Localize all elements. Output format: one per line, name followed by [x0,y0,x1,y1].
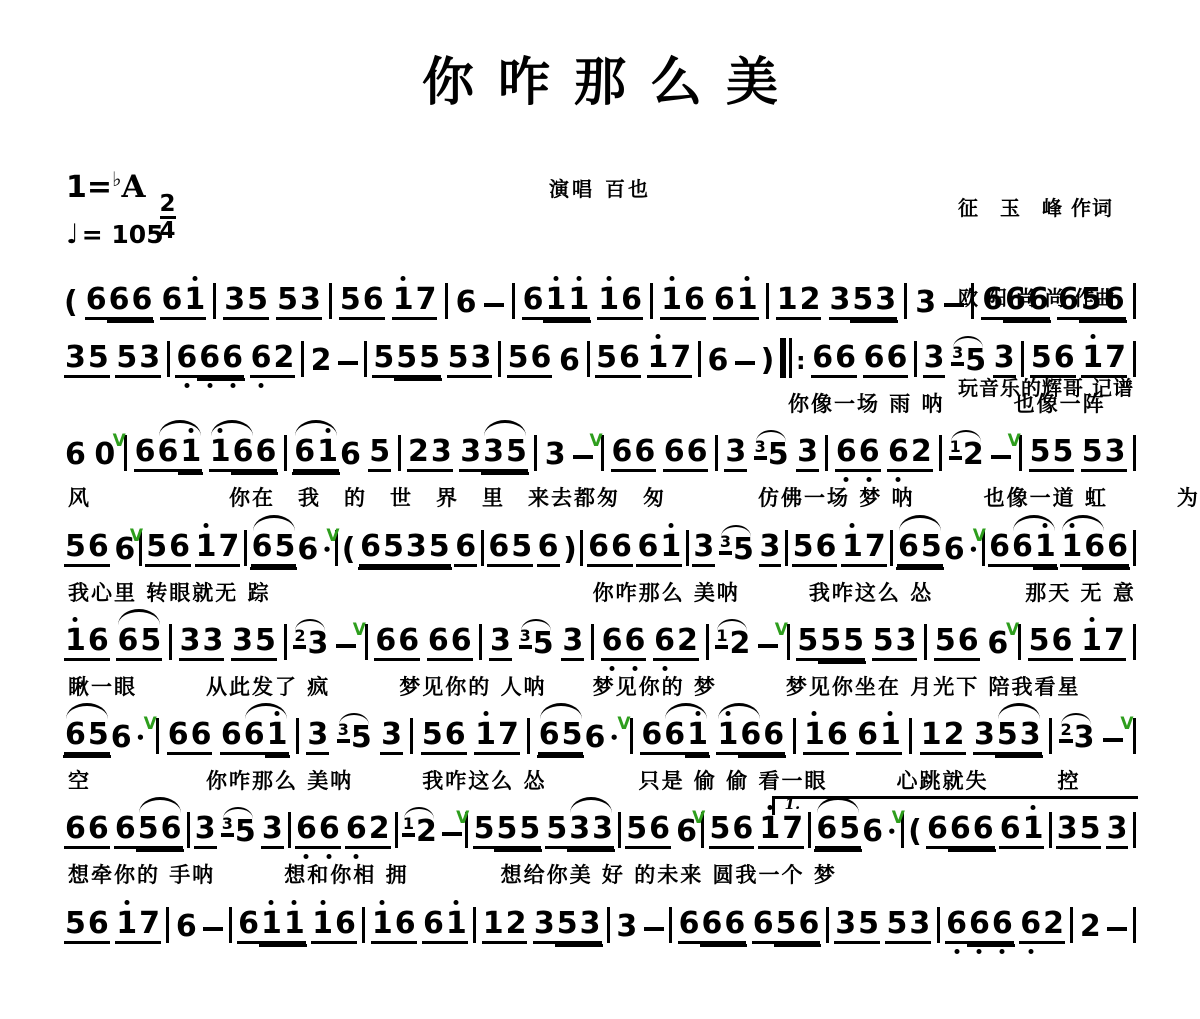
note-group: 656 [1057,285,1126,320]
second-underline [873,320,898,323]
note-group: 661 [988,532,1057,567]
second-underline [394,378,419,381]
music-note: 6 [131,285,154,320]
music-note: 1 [445,909,468,944]
music-note: 5 [556,909,579,944]
note-group: 17 [1081,343,1127,378]
music-note: 6 [254,437,277,472]
note-group: 666 [981,285,1050,320]
second-underline [722,944,747,947]
music-note: 6 [858,437,881,472]
note-group: 35 [834,909,880,944]
music-note: 5 [709,814,732,849]
music-note: 5 [234,817,257,849]
note-group: 555 [473,814,542,849]
music-note: 6 [87,532,110,567]
music-note: 7 [1104,343,1127,378]
music-note: 3 [993,343,1016,378]
breath-mark-icon: V [353,622,366,639]
music-note: 6 [175,912,198,944]
music-note: 6 [731,814,754,849]
second-underline [818,661,843,664]
note-group: 6 [175,912,198,944]
note-group: 12 [949,440,985,472]
music-note: 5 [1028,626,1051,661]
music-note: 1 [371,909,394,944]
music-note: 3 [544,440,567,472]
music-note: 6 [762,720,785,755]
barline [580,530,583,566]
music-note: 6 [422,909,445,944]
note-group: 3 [692,532,715,567]
second-underline [850,320,875,323]
note-group: 65 [487,532,533,567]
note-group: 656• [251,532,333,567]
music-line-2: 35536666225555356656176):666633535617 [64,338,1136,378]
music-note: 3 [64,343,87,378]
note-group: 16 [660,285,706,320]
barline [187,812,190,848]
music-line-8: 561766111616611235336666563553666622 [64,907,1136,944]
music-note: 6 [444,720,467,755]
second-underline [231,472,256,475]
note-group: 3 [759,532,782,567]
second-underline [990,944,1015,947]
note-group: 17 [758,814,804,849]
music-note: 6 [945,909,968,944]
music-note: 2 [407,437,430,472]
music-note: 6 [752,909,775,944]
barline [364,341,367,377]
barline [650,283,653,319]
music-note: 1 [715,628,728,647]
music-note: 6 [359,532,382,567]
music-note: 3 [895,626,918,661]
second-underline [517,849,542,852]
music-note: 6 [1053,343,1076,378]
note-group: 66 [663,437,709,472]
barline [698,341,701,377]
barline [301,341,304,377]
music-note: 5 [625,814,648,849]
music-note: 1 [949,439,962,458]
music-note: 1 [402,816,415,835]
music-note: 3 [179,626,202,661]
note-group: 35 [951,346,987,378]
music-note: 6 [160,285,183,320]
parenthesis: ) [563,535,577,567]
music-line-5: 1665333523V66663353666212V55553566V5617 [64,624,1136,661]
note-group: 66 [611,437,657,472]
barline [793,718,796,754]
music-note: 3 [874,285,897,320]
music-note: 6 [815,814,838,849]
barline [395,812,398,848]
second-underline [494,849,519,852]
music-note: 6 [134,437,157,472]
music-note: 6 [175,343,198,378]
music-note: 3 [568,814,591,849]
note-group: 17 [1080,626,1126,661]
note-group: 16 [371,909,417,944]
note-group: 62 [653,626,699,661]
second-underline [543,320,568,323]
music-note: 5 [872,626,895,661]
duration-dash [1103,738,1123,742]
music-note: 3 [951,345,964,364]
note-group: 656 [114,814,183,849]
music-note: 5 [964,346,987,378]
note-group: 666 [926,814,995,849]
music-note: 6 [943,535,966,567]
music-note: 6 [723,909,746,944]
music-note: 1 [283,909,306,944]
music-note: 5 [510,532,533,567]
music-note: 3 [405,532,428,567]
music-note: 3 [306,720,329,755]
music-note: 3 [380,720,403,755]
music-note: 3 [194,814,217,849]
music-note: 6 [318,814,341,849]
music-note: 1 [1022,814,1045,849]
breath-mark-icon: V [692,810,705,827]
music-note: 6 [949,814,972,849]
second-underline [837,849,862,852]
music-note: 5 [246,285,269,320]
note-group: 17 [392,285,438,320]
lyricist-credit: 征 玉 峰 作词 [958,193,1134,223]
note-group: 65 [116,626,162,661]
music-note: 7 [497,720,520,755]
music-note: 1 [544,285,567,320]
music-note: 6 [885,343,908,378]
music-note: 3 [759,532,782,567]
music-note: 6 [1083,532,1106,567]
second-underline [814,849,839,852]
note-group: 56 [64,532,110,567]
music-note: 3 [561,626,584,661]
system-1: (66661355356176611161661123533666656 [64,283,1136,320]
note-group: 3 [724,437,747,472]
note-group: 335 [459,437,528,472]
tempo-value: = 105 [82,220,164,249]
music-note: 6 [537,532,560,567]
barline [587,341,590,377]
music-note: 1 [316,437,339,472]
note-group: 56 [1028,626,1074,661]
music-line-6: 656•V6666133535617656•V66116616611235323… [64,718,1136,755]
music-note: 6 [251,532,274,567]
music-note: 3 [533,909,556,944]
music-note: 1 [179,437,202,472]
music-note: 6 [686,437,709,472]
music-note: 6 [1103,285,1126,320]
music-note: 1 [260,909,283,944]
note-group: 66 [863,343,909,378]
music-note: 6 [701,909,724,944]
music-note: 6 [427,626,450,661]
music-note: 6 [64,814,87,849]
music-note: 6 [972,814,995,849]
music-note: 1 [115,909,138,944]
note-group: 616 [293,437,362,472]
music-note: 6 [374,626,397,661]
note-group: 56 [934,626,980,661]
music-note: 5 [996,720,1019,755]
music-note: 1 [64,626,87,661]
music-note: 6 [110,723,133,755]
music-note: 5 [1080,285,1103,320]
music-note: 1 [758,814,781,849]
music-note: 6 [243,720,266,755]
music-note: 6 [636,532,659,567]
music-note: 5 [368,437,391,472]
second-underline [590,849,615,852]
note-group: 3 [1106,814,1129,849]
breath-mark-icon: V [326,528,339,545]
music-note: 6 [611,437,634,472]
second-underline [995,755,1020,758]
song-title: 你咋那么美 [64,50,1136,115]
music-note: 3 [138,343,161,378]
music-note: 6 [633,437,656,472]
music-note: 1 [841,532,864,567]
music-note: 5 [115,343,138,378]
note-group: 12 [715,629,751,661]
note-group: 656• [815,814,897,849]
music-note: 5 [372,343,395,378]
music-note: 2 [728,629,751,661]
music-note: 6 [250,343,273,378]
music-note: 5 [792,532,815,567]
second-underline [1082,567,1107,570]
music-note: 5 [339,285,362,320]
second-underline [761,755,786,758]
music-note: 6 [653,626,676,661]
music-note: 2 [368,814,391,849]
music-note: 7 [1103,626,1126,661]
barline [971,283,974,319]
note-group: 3 [923,343,946,378]
system-5: 1665333523V66663353666212V55553566V5617瞅… [64,624,1136,700]
second-underline [919,567,944,570]
music-note: 1 [920,720,943,755]
music-note: 1 [1060,532,1083,567]
music-note: 3 [470,343,493,378]
second-underline [1102,320,1127,323]
music-note: 2 [910,437,933,472]
music-note: 1 [716,720,739,755]
note-group: 61 [999,814,1045,849]
music-note: 3 [1019,720,1042,755]
breath-mark-icon: V [973,528,986,545]
music-note: 1 [776,285,799,320]
barline [410,718,413,754]
music-note: 2 [1042,909,1065,944]
music-note: 6 [826,720,849,755]
music-note: 6 [981,285,1004,320]
music-line-1: (66661355356176611161661123533666656 [64,283,1136,320]
music-note: 6 [887,437,910,472]
music-note: 6 [522,285,545,320]
note-group: 66 [835,437,881,472]
music-note: 5 [139,626,162,661]
second-underline [427,567,452,570]
breath-mark-icon: V [1006,622,1019,639]
barline [1070,907,1073,943]
music-note: 6 [87,626,110,661]
music-note: 6 [834,343,857,378]
music-note: 3 [519,628,532,647]
breath-mark-icon: V [456,810,469,827]
music-note: 5 [395,343,418,378]
second-underline [481,472,506,475]
music-note: 6 [707,346,730,378]
music-note: 6 [232,437,255,472]
barline [167,341,170,377]
music-note: 6 [663,437,686,472]
note-group: 56 [507,343,553,378]
duration-dash [991,455,1011,459]
repeat-dots: : [796,349,806,373]
barline [1021,341,1024,377]
music-note: 6 [1004,285,1027,320]
note-group: 661 [640,720,709,755]
music-note: 3 [914,288,937,320]
second-underline [774,944,799,947]
note-group: 3 [194,814,217,849]
note-group: 66 [587,532,633,567]
second-underline [107,320,132,323]
second-underline [1079,320,1104,323]
barline [284,435,287,471]
note-group: 656• [64,720,146,755]
music-note: 3 [692,532,715,567]
music-note: 6 [339,440,362,472]
music-note: 2 [799,285,822,320]
breath-mark-icon: V [113,433,126,450]
music-note: 7 [138,909,161,944]
note-group: 56 [145,532,191,567]
music-note: 2 [293,628,306,647]
music-note: 6 [116,626,139,661]
second-underline [1018,755,1043,758]
header-info: 1=♭A24 演唱 百也 征 玉 峰 作词 欧 阳 尚 尚 作曲 玩音乐的辉哥 … [64,115,1136,265]
music-note: 5 [1030,343,1053,378]
music-note: 3 [459,437,482,472]
second-underline [86,755,111,758]
music-note: 5 [421,720,444,755]
barline [686,530,689,566]
music-note: 1 [474,720,497,755]
note-group: 56 [421,720,467,755]
second-underline [63,755,88,758]
music-note: 5 [1029,437,1052,472]
music-note: 2 [962,440,985,472]
music-note: 3 [223,285,246,320]
second-underline [685,755,710,758]
music-note: 5 [137,814,160,849]
breath-mark-icon: V [130,528,143,545]
music-note: 6 [663,720,686,755]
music-note: 6 [988,532,1011,567]
music-note: 6 [454,532,477,567]
music-note: 3 [615,912,638,944]
barline [914,341,917,377]
note-group: 66 [64,814,110,849]
music-note: 1 [686,720,709,755]
music-note: 3 [1106,814,1129,849]
music-note: 5 [1051,437,1074,472]
music-note: 3 [261,814,284,849]
music-note: 6 [583,723,606,755]
note-group: 35 [64,343,110,378]
music-note: 7 [415,285,438,320]
music-note: 6 [345,814,368,849]
music-note: 3 [724,437,747,472]
music-note: 5 [382,532,405,567]
duration-dash [1107,927,1127,931]
music-note: 6 [220,720,243,755]
note-group: 53 [872,626,918,661]
music-line-4: 566V5617656•V(65356656)666133535617656•V… [64,530,1136,567]
music-note: 1 [647,343,670,378]
note-group: 661 [134,437,203,472]
lyrics-line-3: 风 你在 我 的 世 界 里 来去都匆 匆 仿佛一场 梦 呐 也像一道 虹 为何… [64,484,1136,511]
note-group: 61 [636,532,682,567]
note-group: 12 [402,817,438,849]
note-group: 3 [489,626,512,661]
note-group: 3 [914,288,937,320]
music-note: 3 [482,437,505,472]
second-underline [967,944,992,947]
music-note: 2 [676,626,699,661]
barline [479,624,482,660]
second-underline [1003,320,1028,323]
duration-dash [338,361,358,365]
music-note: 3 [591,814,614,849]
music-note: 3 [908,909,931,944]
barline [398,435,401,471]
music-note: 3 [973,720,996,755]
music-note: 5 [87,343,110,378]
music-note: 6 [999,814,1022,849]
system-7: 1.666563353666212V555533566V5617656•V(66… [64,812,1136,888]
music-note: 6 [157,437,180,472]
music-note: 5 [418,343,441,378]
note-group: 61 [422,909,468,944]
barline [166,907,169,943]
music-note: 6 [85,285,108,320]
music-note: 3 [299,285,322,320]
music-note: 6 [620,285,643,320]
key-prefix: 1= [66,170,112,205]
music-note: 3 [430,437,453,472]
note-group: 3 [796,437,819,472]
music-note: 6 [835,437,858,472]
sheet-music-page: 你咋那么美 1=♭A24 演唱 百也 征 玉 峰 作词 欧 阳 尚 尚 作曲 玩… [0,0,1200,944]
note-group: 62 [887,437,933,472]
music-note: 6 [334,909,357,944]
barline [1133,530,1136,566]
second-underline [358,567,383,570]
note-group: 66 [811,343,857,378]
music-note: 1 [660,285,683,320]
music-note: 6 [190,720,213,755]
second-underline [504,472,529,475]
music-note: 5 [447,343,470,378]
second-underline [159,849,184,852]
